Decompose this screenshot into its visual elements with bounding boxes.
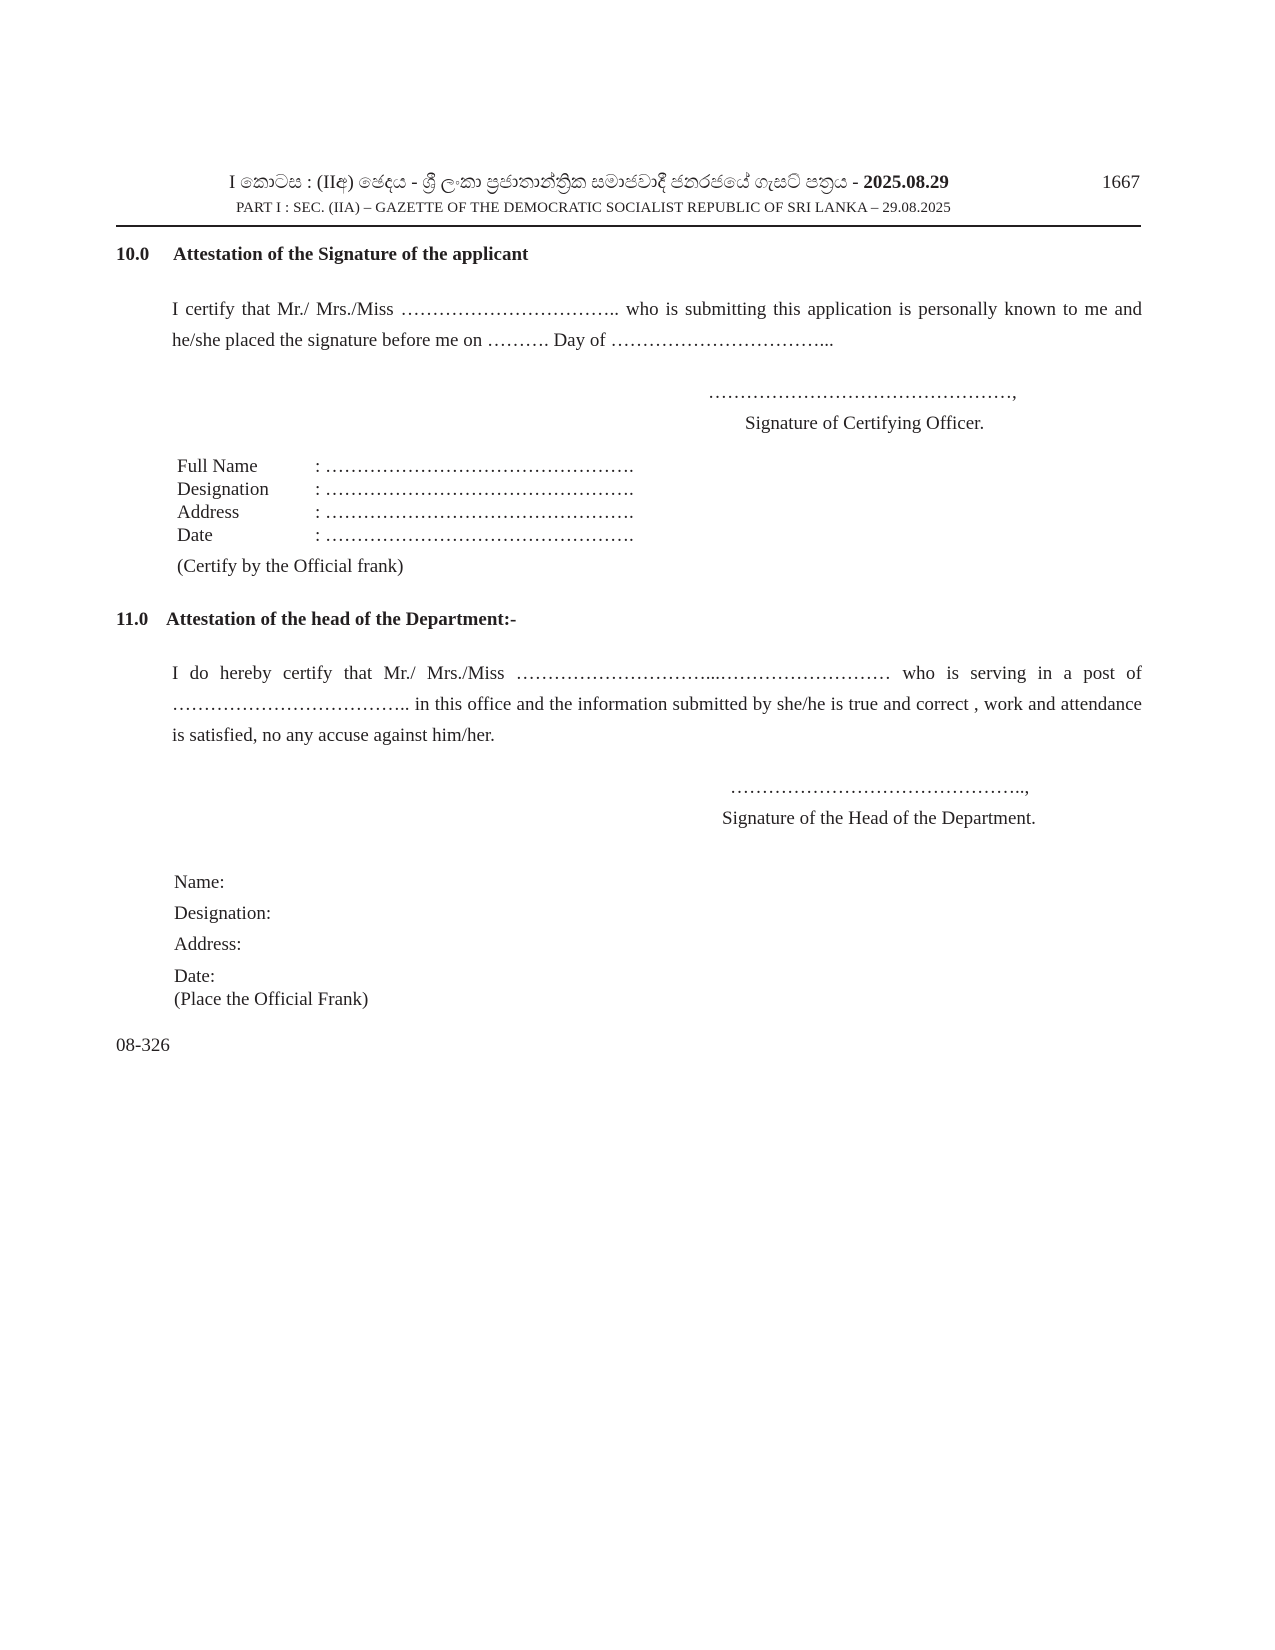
field-name: Name:	[174, 872, 225, 894]
field-value: : ………………………………………….	[315, 479, 634, 500]
field-label: Address	[177, 502, 315, 524]
header-english: PART I : SEC. (IIA) – GAZETTE OF THE DEM…	[236, 200, 951, 217]
field-label: Designation	[177, 479, 315, 501]
field-value: : ………………………………………….	[315, 502, 634, 523]
field-value: : ………………………………………….	[315, 525, 634, 546]
section-11-signature-label: Signature of the Head of the Department.	[722, 808, 1036, 830]
section-10-paragraph: I certify that Mr./ Mrs./Miss ……………………………	[172, 294, 1142, 356]
section-11-signature-line: ………………………………………..,	[730, 777, 1029, 799]
section-11-number: 11.0	[116, 609, 166, 631]
field-label: Full Name	[177, 456, 315, 478]
header-sinhala-date: 2025.08.29	[863, 172, 949, 193]
section-10-title: Attestation of the Signature of the appl…	[173, 244, 528, 265]
section-10-note: (Certify by the Official frank)	[177, 556, 404, 578]
page-number: 1667	[1102, 172, 1140, 194]
field-full-name: Full Name: ………………………………………….	[177, 456, 634, 478]
field-date: Date: ………………………………………….	[177, 525, 634, 547]
section-10-heading: 10.0Attestation of the Signature of the …	[116, 244, 528, 266]
header-sinhala: I කොටස : (IIඅ) ඡෙදය - ශ්‍රී ලංකා ප්‍රජාත…	[229, 172, 949, 194]
field-value: : ………………………………………….	[315, 456, 634, 477]
section-11-heading: 11.0Attestation of the head of the Depar…	[116, 609, 516, 631]
section-10-number: 10.0	[116, 244, 173, 266]
field-address: Address: ………………………………………….	[177, 502, 634, 524]
header-sinhala-text: I කොටස : (IIඅ) ඡෙදය - ශ්‍රී ලංකා ප්‍රජාත…	[229, 172, 863, 193]
section-10-signature-line: …………………………………………,	[708, 382, 1017, 404]
document-reference: 08-326	[116, 1035, 170, 1057]
section-11-paragraph: I do hereby certify that Mr./ Mrs./Miss …	[172, 658, 1142, 751]
section-11-note: (Place the Official Frank)	[174, 989, 368, 1011]
section-11-title: Attestation of the head of the Departmen…	[166, 609, 516, 630]
field-designation: Designation: ………………………………………….	[177, 479, 634, 501]
header-rule	[116, 225, 1141, 227]
section-10-signature-label: Signature of Certifying Officer.	[745, 413, 984, 435]
field-date: Date:	[174, 966, 215, 988]
field-designation: Designation:	[174, 903, 271, 925]
field-address: Address:	[174, 934, 242, 956]
field-label: Date	[177, 525, 315, 547]
